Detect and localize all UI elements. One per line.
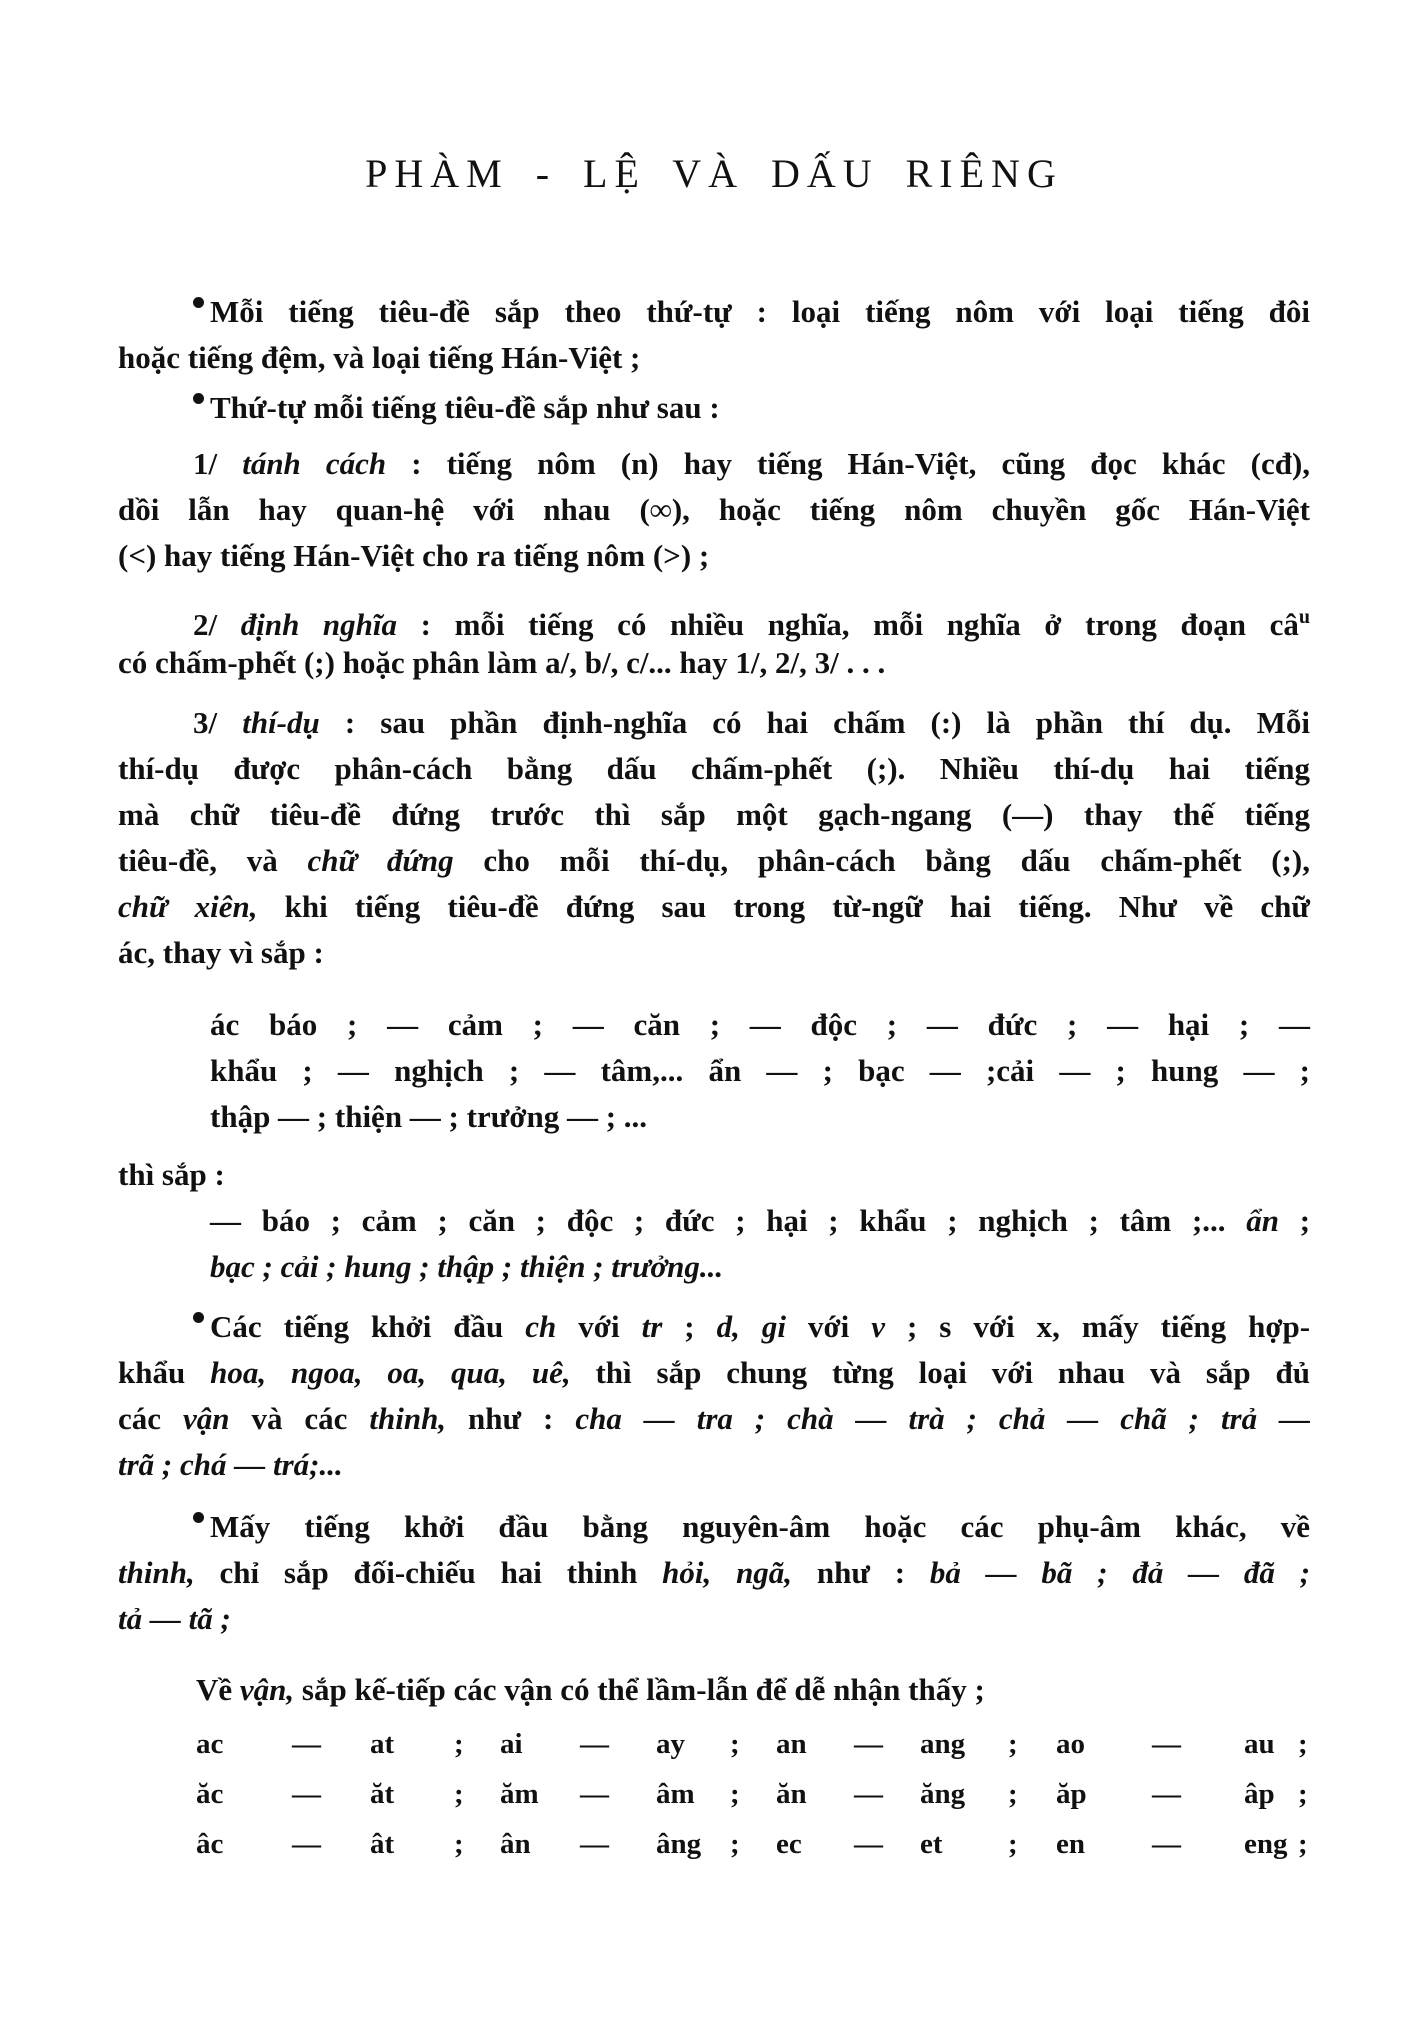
- item3-line6: ác, thay vì sắp :: [118, 933, 1310, 973]
- item3-line5: chữ xiên, khi tiếng tiêu-đề đứng sau tro…: [118, 887, 1310, 927]
- item3-line1: 3/ thí-dụ : sau phần định-nghĩa có hai c…: [193, 703, 1310, 743]
- bullet-icon: [193, 393, 204, 404]
- example-before-line2: khẩu ; — nghịch ; — tâm,... ẩn — ; bạc —…: [210, 1051, 1310, 1091]
- rhyme-row: ac — at ; ai — ay ; an — ang ; ao — au ;: [196, 1728, 1310, 1768]
- section4-line1: Mấy tiếng khởi đầu bằng nguyên-âm hoặc c…: [193, 1507, 1310, 1547]
- item2-label: định nghĩa: [241, 607, 397, 642]
- example-before-line3: thập — ; thiện — ; trưởng — ; ...: [210, 1097, 1310, 1137]
- section3-line4: trã ; chá — trá;...: [118, 1445, 1310, 1485]
- bullet-icon: [193, 297, 204, 308]
- then-label: thì sắp :: [118, 1155, 1310, 1195]
- example-before-line1: ác báo ; — cảm ; — căn ; — độc ; — đức ;…: [210, 1005, 1310, 1045]
- section4-line2: thinh, chỉ sắp đối-chiếu hai thinh hỏi, …: [118, 1553, 1310, 1593]
- section1-line2: hoặc tiếng đệm, và loại tiếng Hán-Việt ;: [118, 338, 1310, 378]
- item3-line4: tiêu-đề, và chữ đứng cho mỗi thí-dụ, phâ…: [118, 841, 1310, 881]
- section1-line1: Mỗi tiếng tiêu-đề sắp theo thứ-tự : loại…: [193, 292, 1310, 332]
- item3-line3: mà chữ tiêu-đề đứng trước thì sắp một gạ…: [118, 795, 1310, 835]
- example-after-line1: — báo ; cảm ; căn ; độc ; đức ; hại ; kh…: [210, 1201, 1310, 1241]
- item1-label: tánh cách: [242, 446, 386, 481]
- page-title: PHÀM - LỆ VÀ DẤU RIÊNG: [0, 150, 1428, 197]
- item3-line2: thí-dụ được phân-cách bằng dấu chấm-phết…: [118, 749, 1310, 789]
- dictionary-page: PHÀM - LỆ VÀ DẤU RIÊNG Mỗi tiếng tiêu-đề…: [0, 0, 1428, 2028]
- item2-line1: 2/ định nghĩa : mỗi tiếng có nhiều nghĩa…: [193, 597, 1310, 637]
- item1-line3: (<) hay tiếng Hán-Việt cho ra tiếng nôm …: [118, 536, 1310, 576]
- example-after-line2: bạc ; cải ; hung ; thập ; thiện ; trưởng…: [210, 1247, 1310, 1287]
- rhyme-row: ăc — ăt ; ăm — âm ; ăn — ăng ; ăp — âp ;: [196, 1778, 1310, 1818]
- section4-line3: tả — tã ;: [118, 1599, 1310, 1639]
- item2-line2: có chấm-phết (;) hoặc phân làm a/, b/, c…: [118, 643, 1310, 683]
- item1-line2: dồi lẫn hay quan-hệ với nhau (∞), hoặc t…: [118, 490, 1310, 530]
- item3-label: thí-dụ: [242, 705, 320, 740]
- bullet-icon: [193, 1312, 204, 1323]
- section2-line1: Thứ-tự mỗi tiếng tiêu-đề sắp như sau :: [193, 388, 1310, 428]
- section3-line3: các vận và các thinh, như : cha — tra ; …: [118, 1399, 1310, 1439]
- bullet-icon: [193, 1512, 204, 1523]
- section5-line1: Về vận, sắp kế-tiếp các vận có thể lầm-l…: [196, 1670, 1310, 1710]
- rhyme-row: âc — ât ; ân — âng ; ec — et ; en — eng …: [196, 1828, 1310, 1868]
- section3-line2: khẩu hoa, ngoa, oa, qua, uê, thì sắp chu…: [118, 1353, 1310, 1393]
- item1-line1: 1/ tánh cách : tiếng nôm (n) hay tiếng H…: [193, 444, 1310, 484]
- section3-line1: Các tiếng khởi đầu ch với tr ; d, gi với…: [193, 1307, 1310, 1347]
